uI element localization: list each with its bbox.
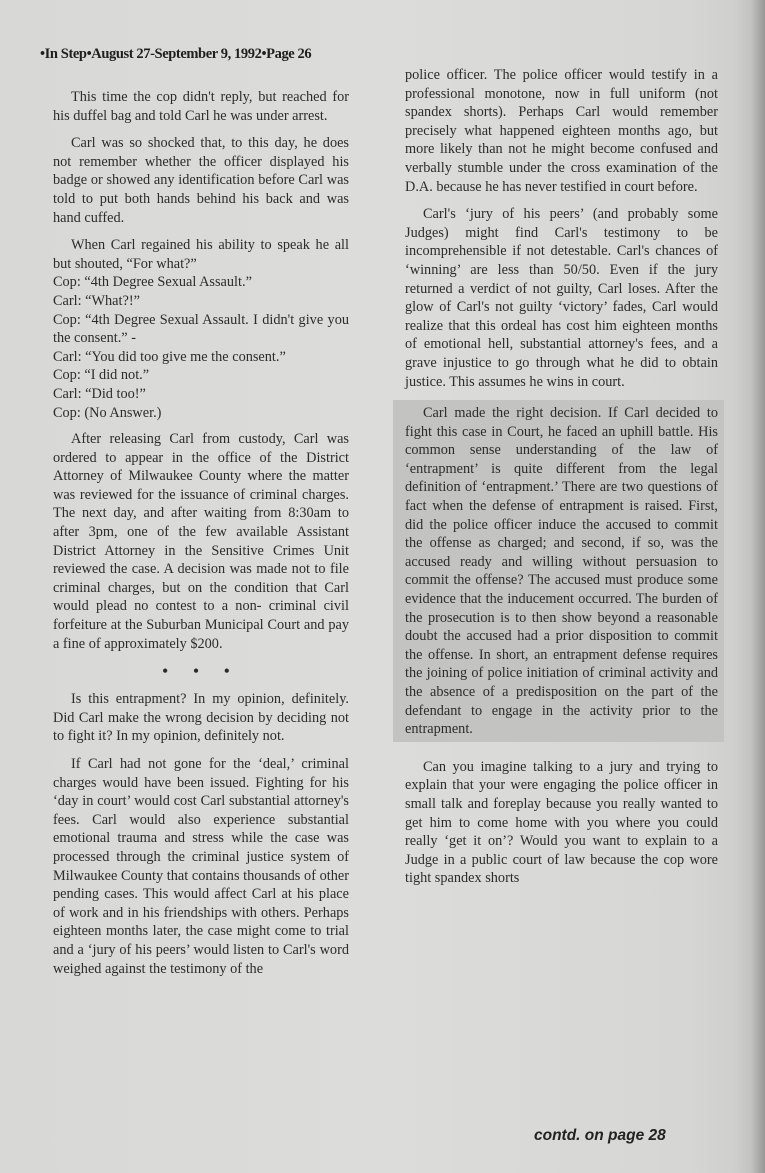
continued-on-page-note: contd. on page 28 — [534, 1127, 666, 1145]
right-column: police officer. The police officer would… — [405, 66, 718, 897]
paragraph: This time the cop didn't reply, but reac… — [53, 88, 349, 125]
paragraph: Can you imagine talking to a jury and tr… — [405, 758, 718, 888]
dialog-line: Carl: “Did too!” — [53, 385, 349, 404]
newspaper-page: •In Step•August 27-September 9, 1992•Pag… — [0, 0, 765, 1173]
callout-paragraph: Carl made the right decision. If Carl de… — [405, 404, 718, 739]
section-separator: • • • — [53, 662, 349, 680]
paragraph: Carl was so shocked that, to this day, h… — [53, 134, 349, 227]
paragraph: Is this entrapment? In my opinion, defin… — [53, 690, 349, 746]
dialog-line: Cop: (No Answer.) — [53, 404, 349, 423]
paragraph: police officer. The police officer would… — [405, 66, 718, 196]
paragraph: Carl's ‘jury of his peers’ (and probably… — [405, 205, 718, 391]
paragraph: When Carl regained his ability to speak … — [53, 236, 349, 273]
left-column: This time the cop didn't reply, but reac… — [53, 88, 349, 987]
dialog-line: Cop: “I did not.” — [53, 366, 349, 385]
page-header: •In Step•August 27-September 9, 1992•Pag… — [40, 46, 311, 63]
dialog-line: Carl: “What?!” — [53, 292, 349, 311]
page-edge-shadow — [751, 0, 765, 1173]
dialog-line: Cop: “4th Degree Sexual Assault. I didn'… — [53, 311, 349, 348]
dialog-line: Cop: “4th Degree Sexual Assault.” — [53, 273, 349, 292]
shaded-callout-box: Carl made the right decision. If Carl de… — [393, 400, 724, 742]
paragraph: If Carl had not gone for the ‘deal,’ cri… — [53, 755, 349, 978]
paragraph: After releasing Carl from custody, Carl … — [53, 430, 349, 653]
dialog-line: Carl: “You did too give me the consent.” — [53, 348, 349, 367]
